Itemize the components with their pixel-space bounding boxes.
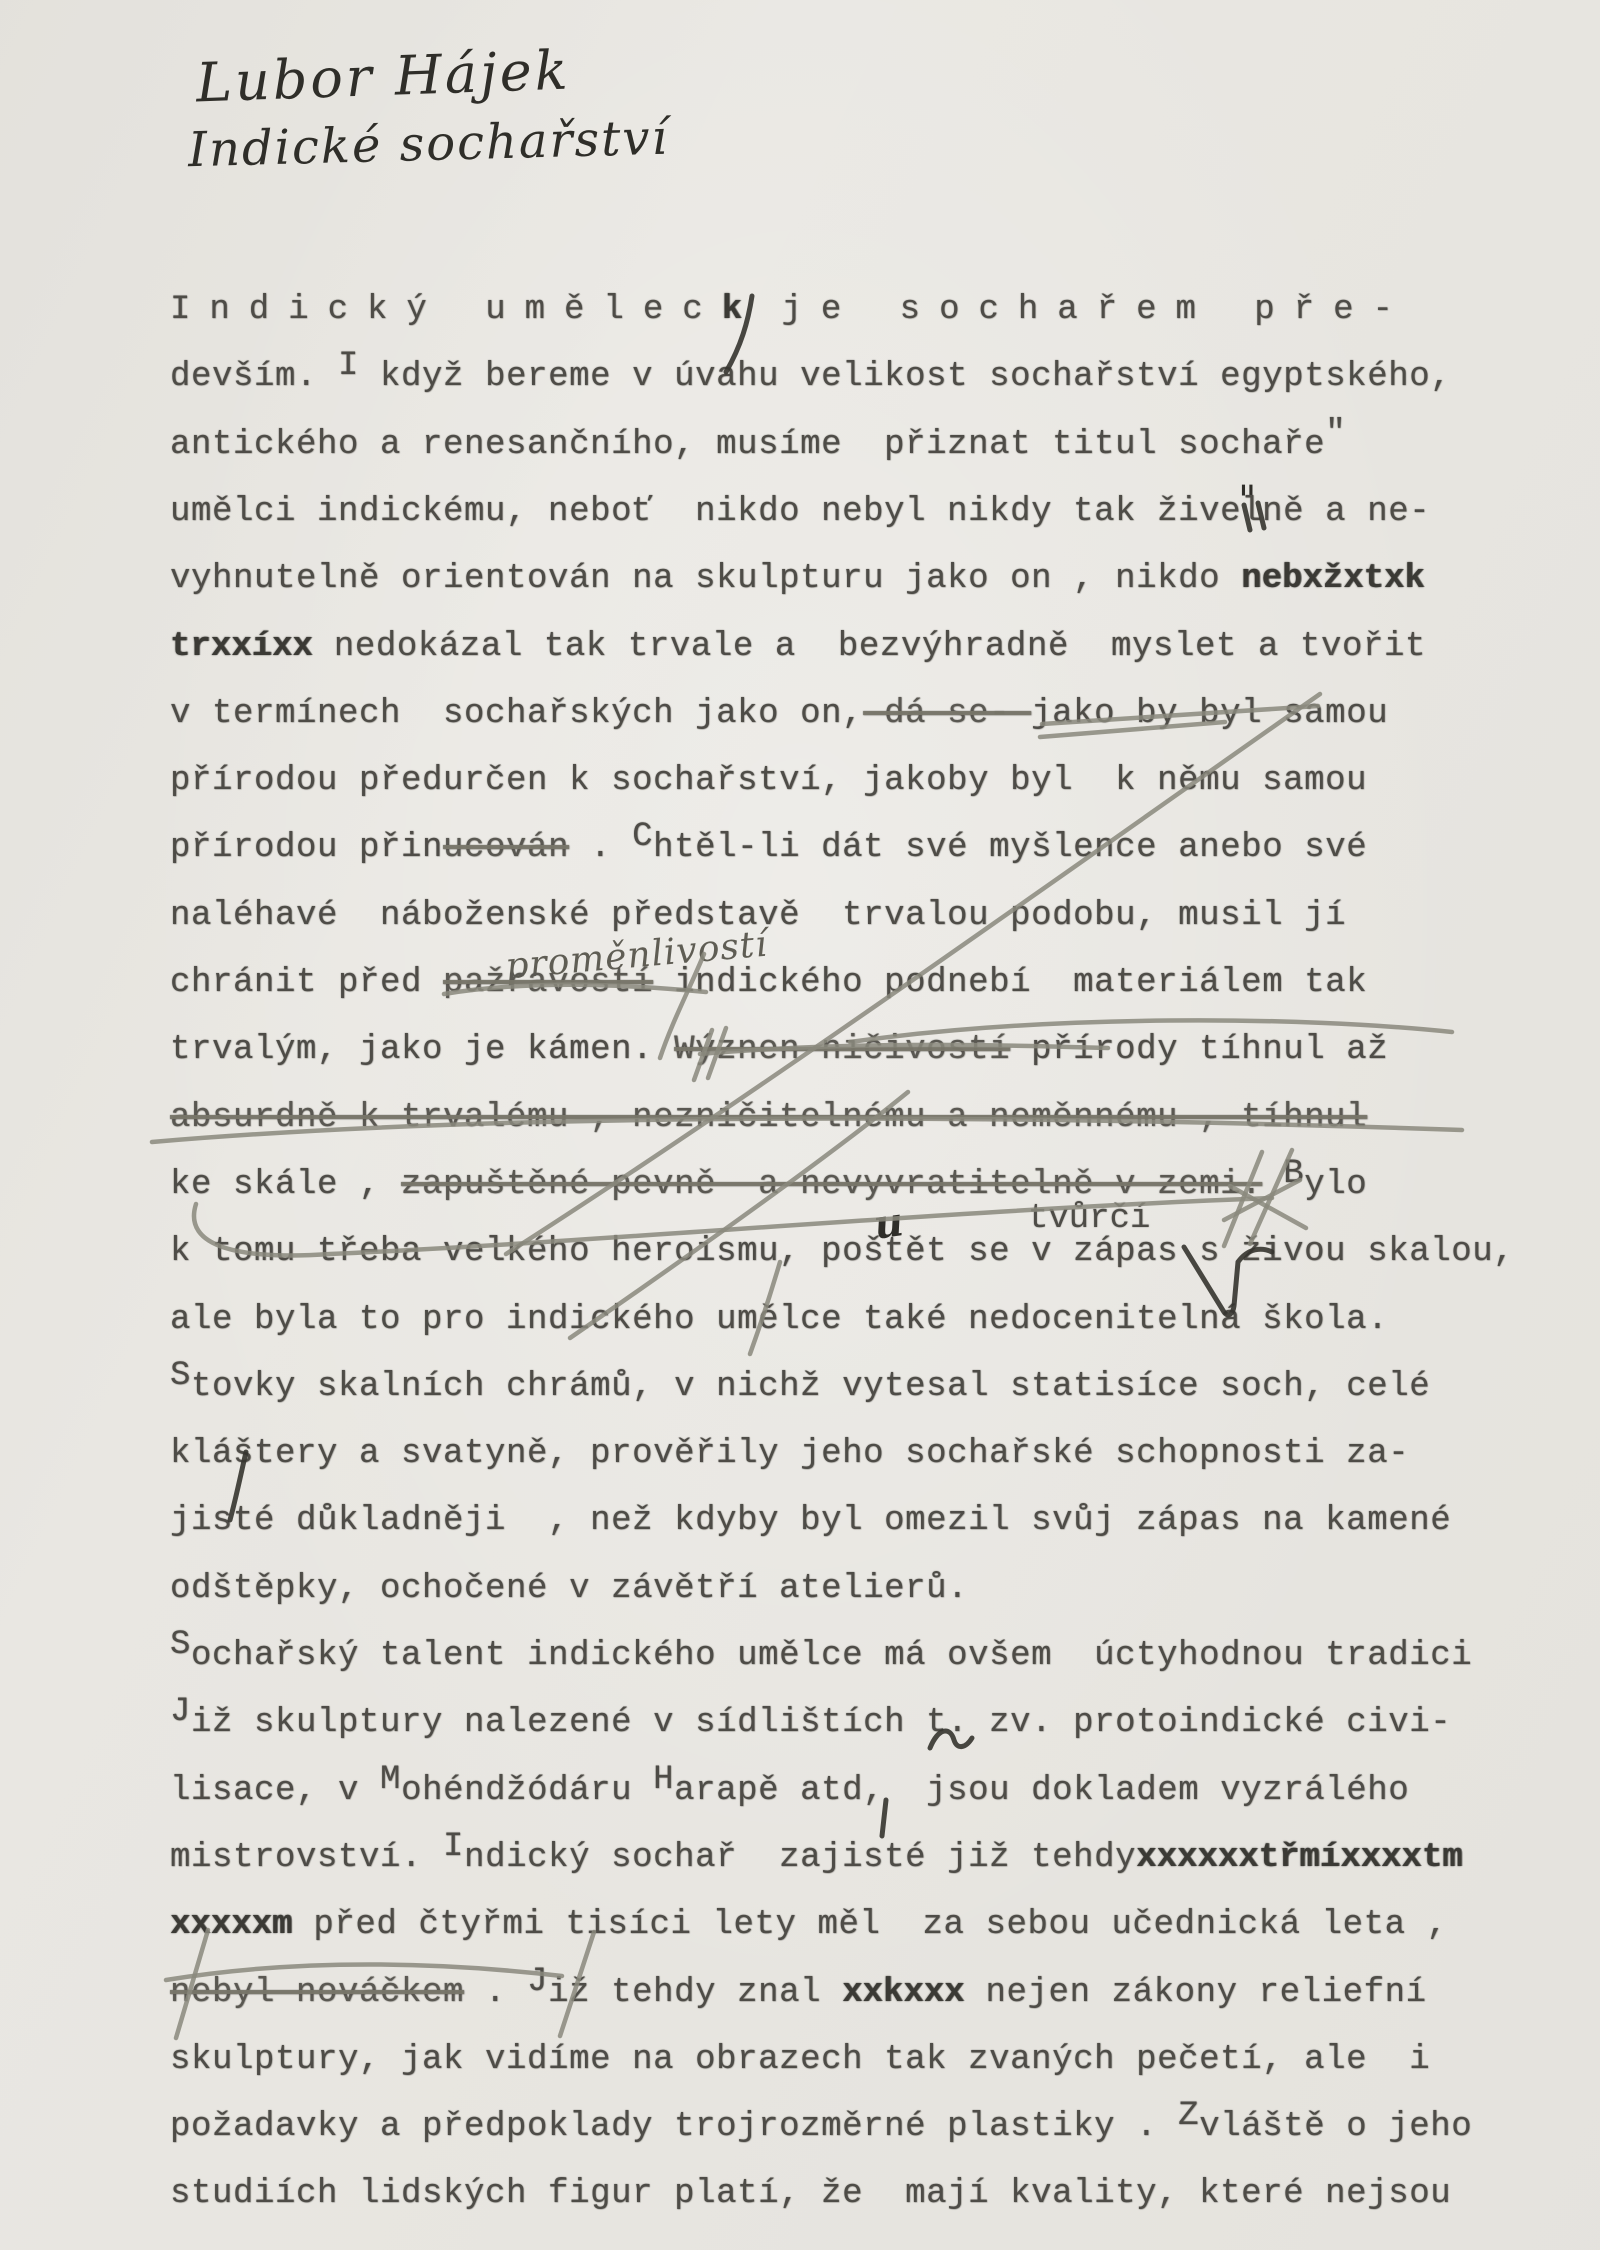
text-segment: indického podnebí materiálem tak bbox=[653, 966, 1367, 1000]
typed-line: lisace, v Mohéndžódáru Harapě atd, jsou … bbox=[170, 1774, 1409, 1808]
typed-line: trxxíxx nedokázal tak trvale a bezvýhrad… bbox=[170, 630, 1426, 664]
typed-line: mistrovství. Indický sochař zajisté již … bbox=[170, 1841, 1463, 1875]
typed-line: Indický uměleck je sochařem pře- bbox=[170, 293, 1412, 327]
text-segment: htěl-li dát své myšlence anebo své bbox=[653, 831, 1367, 865]
text-segment: naléhavé náboženské představě trvalou po… bbox=[170, 899, 1346, 933]
typed-line: chránit před pažravostí indického podneb… bbox=[170, 966, 1367, 1000]
text-segment: mistrovství. bbox=[170, 1841, 443, 1875]
text-segment: I bbox=[443, 1830, 464, 1864]
typed-line: požadavky a předpoklady trojrozměrné pla… bbox=[170, 2110, 1472, 2144]
typed-line: jisté důkladněji , než kdyby byl omezil … bbox=[170, 1504, 1451, 1538]
text-segment: M bbox=[380, 1763, 401, 1797]
text-segment: Wýznen ničivostí bbox=[674, 1033, 1010, 1067]
typed-line: vyhnutelně orientován na skulpturu jako … bbox=[170, 562, 1425, 596]
typed-line: v termínech sochařských jako on, dá se- … bbox=[170, 697, 1388, 731]
typed-line: k tomu třeba velkého heroismu, poštět se… bbox=[170, 1235, 1514, 1269]
text-segment: xxkxxx bbox=[842, 1976, 964, 2010]
text-segment: nedokázal tak trvale a bezvýhradně mysle… bbox=[313, 630, 1426, 664]
text-segment: umělci indickému, neboť nikdo nebyl nikd… bbox=[170, 495, 1430, 529]
text-segment: nebyl nováčkem bbox=[170, 1976, 464, 2010]
typed-line: studiích lidských figur platí, že mají k… bbox=[170, 2177, 1451, 2211]
text-segment: chránit před bbox=[170, 966, 443, 1000]
text-segment: devším. bbox=[170, 360, 338, 394]
text-segment: . bbox=[569, 831, 632, 865]
typed-line: ale byla to pro indického umělce také ne… bbox=[170, 1303, 1388, 1337]
text-segment: J bbox=[170, 1695, 191, 1729]
text-segment: přírody tíhnul až bbox=[1010, 1033, 1388, 1067]
text-segment: xxxxxm bbox=[170, 1908, 292, 1942]
text-segment: požadavky a předpoklady trojrozměrné pla… bbox=[170, 2110, 1178, 2144]
text-segment: jako by byl samou bbox=[1031, 697, 1388, 731]
typed-line: přírodou přinucován . Chtěl-li dát své m… bbox=[170, 831, 1367, 865]
text-segment: pažravostí bbox=[443, 966, 653, 1000]
text-segment: . bbox=[464, 1976, 527, 2010]
text-segment: vyhnutelně orientován na skulpturu jako … bbox=[170, 562, 1241, 596]
typed-line: ke skále , zapuštěné pevně a nevyvratite… bbox=[170, 1168, 1367, 1202]
text-segment: iž skulptury nalezené v sídlištích t. zv… bbox=[191, 1706, 1451, 1740]
manuscript-page: { "page": { "kind": "typewritten manuscr… bbox=[0, 0, 1600, 2250]
text-segment: C bbox=[632, 820, 653, 854]
text-segment: arapě atd, jsou dokladem vyzrálého bbox=[674, 1774, 1409, 1808]
typed-line: trvalým, jako je kámen. Wýznen ničivostí… bbox=[170, 1033, 1388, 1067]
text-segment: jisté důkladněji , než kdyby byl omezil … bbox=[170, 1504, 1451, 1538]
text-segment: nejen zákony reliefní bbox=[965, 1976, 1427, 2010]
text-segment: S bbox=[170, 1359, 191, 1393]
text-segment: trxxíxx bbox=[170, 630, 313, 664]
typed-line: přírodou předurčen k sochařství, jakoby … bbox=[170, 764, 1367, 798]
text-segment: odštěpky, ochočené v závětří atelierů. bbox=[170, 1572, 968, 1606]
text-segment: dá se- bbox=[863, 697, 1031, 731]
text-segment: Indický umělec bbox=[170, 293, 722, 327]
typed-text-block: Indický uměleck je sochařem pře-devším. … bbox=[0, 0, 1600, 2250]
text-segment: vláště o jeho bbox=[1199, 2110, 1472, 2144]
text-segment: zapuštěné pevně a nevyvratitelně v zemi. bbox=[401, 1168, 1262, 1202]
text-segment: ndický sochař zajisté již tehdy bbox=[464, 1841, 1136, 1875]
text-segment: k bbox=[722, 293, 742, 327]
text-segment: ylo bbox=[1304, 1168, 1367, 1202]
text-segment: absurdně k trvalému , nezničitelnému a n… bbox=[170, 1101, 1367, 1135]
text-segment: antického a renesančního, musíme přiznat… bbox=[170, 428, 1325, 462]
text-segment: přírodou přin bbox=[170, 831, 443, 865]
typed-line: odštěpky, ochočené v závětří atelierů. bbox=[170, 1572, 968, 1606]
text-segment: je sochařem pře- bbox=[742, 293, 1412, 327]
text-segment: ucován bbox=[443, 831, 569, 865]
typed-line: naléhavé náboženské představě trvalou po… bbox=[170, 899, 1346, 933]
typed-line: devším. I když bereme v úvahu velikost s… bbox=[170, 360, 1451, 394]
text-segment: iž tehdy znal bbox=[548, 1976, 842, 2010]
typed-line: skulptury, jak vidíme na obrazech tak zv… bbox=[170, 2043, 1430, 2077]
text-segment: studiích lidských figur platí, že mají k… bbox=[170, 2177, 1451, 2211]
typed-line: Sochařský talent indického umělce má ovš… bbox=[170, 1639, 1472, 1673]
text-segment: před čtyřmi tisíci lety měl za sebou uče… bbox=[292, 1908, 1447, 1942]
text-segment: ohéndžódáru bbox=[401, 1774, 653, 1808]
typed-line: kláštery a svatyně, prověřily jeho socha… bbox=[170, 1437, 1409, 1471]
text-segment: kláštery a svatyně, prověřily jeho socha… bbox=[170, 1437, 1409, 1471]
text-segment: trvalým, jako je kámen. bbox=[170, 1033, 674, 1067]
text-segment: ale byla to pro indického umělce také ne… bbox=[170, 1303, 1388, 1337]
text-segment: xxxxxxtřmíxxxxtm bbox=[1136, 1841, 1462, 1875]
typed-line: antického a renesančního, musíme přiznat… bbox=[170, 428, 1346, 462]
text-segment: lisace, v bbox=[170, 1774, 380, 1808]
text-segment: v termínech sochařských jako on, bbox=[170, 697, 863, 731]
text-segment: B bbox=[1283, 1157, 1304, 1191]
typed-line: Již skulptury nalezené v sídlištích t. z… bbox=[170, 1706, 1451, 1740]
text-segment: ke skále , bbox=[170, 1168, 401, 1202]
text-segment: tovky skalních chrámů, v nichž vytesal s… bbox=[191, 1370, 1430, 1404]
text-segment bbox=[1262, 1168, 1283, 1202]
typed-line: Stovky skalních chrámů, v nichž vytesal … bbox=[170, 1370, 1430, 1404]
text-segment: Z bbox=[1178, 2099, 1199, 2133]
typed-line: nebyl nováčkem . Již tehdy znal xxkxxx n… bbox=[170, 1976, 1427, 2010]
typed-line: xxxxxm před čtyřmi tisíci lety měl za se… bbox=[170, 1908, 1448, 1942]
text-segment: ochařský talent indického umělce má ovše… bbox=[191, 1639, 1472, 1673]
text-segment: J bbox=[527, 1965, 548, 1999]
text-segment: přírodou předurčen k sochařství, jakoby … bbox=[170, 764, 1367, 798]
typed-line: umělci indickému, neboť nikdo nebyl nikd… bbox=[170, 495, 1430, 529]
text-segment: skulptury, jak vidíme na obrazech tak zv… bbox=[170, 2043, 1430, 2077]
typed-line: absurdně k trvalému , nezničitelnému a n… bbox=[170, 1101, 1367, 1135]
text-segment: k tomu třeba velkého heroismu, poštět se… bbox=[170, 1235, 1514, 1269]
text-segment: S bbox=[170, 1628, 191, 1662]
text-segment: " bbox=[1325, 417, 1346, 451]
text-segment: nebxžxtxk bbox=[1241, 562, 1425, 596]
text-segment: H bbox=[653, 1763, 674, 1797]
text-segment: když bereme v úvahu velikost sochařství … bbox=[359, 360, 1451, 394]
text-segment: I bbox=[338, 349, 359, 383]
